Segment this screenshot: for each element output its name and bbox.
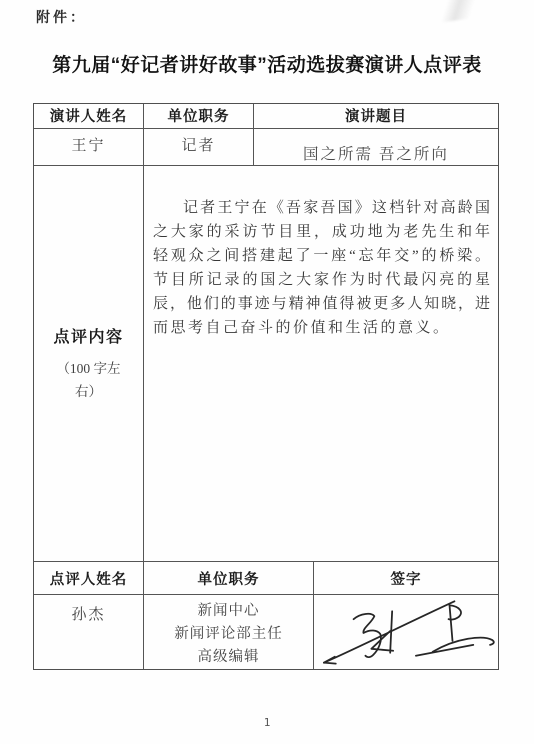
review-content-cell: 记者王宁在《吾家吾国》这档针对高龄国 之大家的采访节目里，成功地为老先生和年 轻… xyxy=(144,166,498,562)
reviewer-position-value: 新闻中心 新闻评论部主任 高级编辑 xyxy=(144,595,314,669)
page-title: 第九届“好记者讲好故事”活动选拔赛演讲人点评表 xyxy=(0,50,534,77)
reviewer-name-value: 孙杰 xyxy=(34,595,144,669)
attachment-label: 附件： xyxy=(36,7,87,27)
review-content-line: 轻观众之间搭建起了一座“忘年交”的桥梁。 xyxy=(153,244,490,268)
review-form-table: 演讲人姓名 单位职务 演讲题目 王宁 记者 国之所需 吾之所向 点评内容 （10… xyxy=(33,103,499,670)
scanned-document-page: 附件： 第九届“好记者讲好故事”活动选拔赛演讲人点评表 演讲人姓名 单位职务 演… xyxy=(0,0,534,744)
signature-cell xyxy=(314,595,498,669)
speech-title-value: 国之所需 吾之所向 xyxy=(254,129,498,165)
reviewer-header-row: 点评人姓名 单位职务 签字 xyxy=(34,562,498,595)
header-unit-position: 单位职务 xyxy=(144,104,254,128)
reviewer-position-line-2: 新闻评论部主任 xyxy=(174,623,283,646)
review-note-line-2: 右） xyxy=(56,380,120,403)
review-content-line: 之大家的采访节目里，成功地为老先生和年 xyxy=(153,220,490,244)
header-signature: 签字 xyxy=(314,562,498,594)
review-label-cell: 点评内容 （100 字左 右） xyxy=(34,166,144,562)
review-label: 点评内容 xyxy=(53,324,123,347)
header-reviewer-name: 点评人姓名 xyxy=(34,562,144,594)
reviewer-position-line-3: 高级编辑 xyxy=(198,646,260,669)
review-note-line-1: （100 字左 xyxy=(56,357,120,380)
review-content-line: 节目所记录的国之大家作为时代最闪亮的星 xyxy=(153,268,490,292)
handwritten-signature-scrawl xyxy=(314,595,498,669)
review-content-row: 点评内容 （100 字左 右） 记者王宁在《吾家吾国》这档针对高龄国 之大家的采… xyxy=(34,166,498,563)
review-content-line: 辰，他们的事迹与精神值得被更多人知晓，进 xyxy=(153,292,490,316)
reviewer-position-line-1: 新闻中心 xyxy=(198,600,260,623)
review-word-count-note: （100 字左 右） xyxy=(56,357,120,403)
review-content-line: 记者王宁在《吾家吾国》这档针对高龄国 xyxy=(153,196,490,220)
speaker-header-row: 演讲人姓名 单位职务 演讲题目 xyxy=(34,104,498,129)
review-content-line: 而思考自己奋斗的价值和生活的意义。 xyxy=(153,316,490,340)
header-speaker-name: 演讲人姓名 xyxy=(34,104,144,128)
reviewer-values-row: 孙杰 新闻中心 新闻评论部主任 高级编辑 xyxy=(34,595,498,669)
page-number: 1 xyxy=(0,716,534,729)
unit-position-value: 记者 xyxy=(144,129,254,165)
speaker-values-row: 王宁 记者 国之所需 吾之所向 xyxy=(34,129,498,166)
header-speech-title: 演讲题目 xyxy=(254,104,498,128)
header-reviewer-unit-position: 单位职务 xyxy=(144,562,314,594)
speaker-name-value: 王宁 xyxy=(34,129,144,165)
scan-smudge-artifact xyxy=(397,0,519,28)
